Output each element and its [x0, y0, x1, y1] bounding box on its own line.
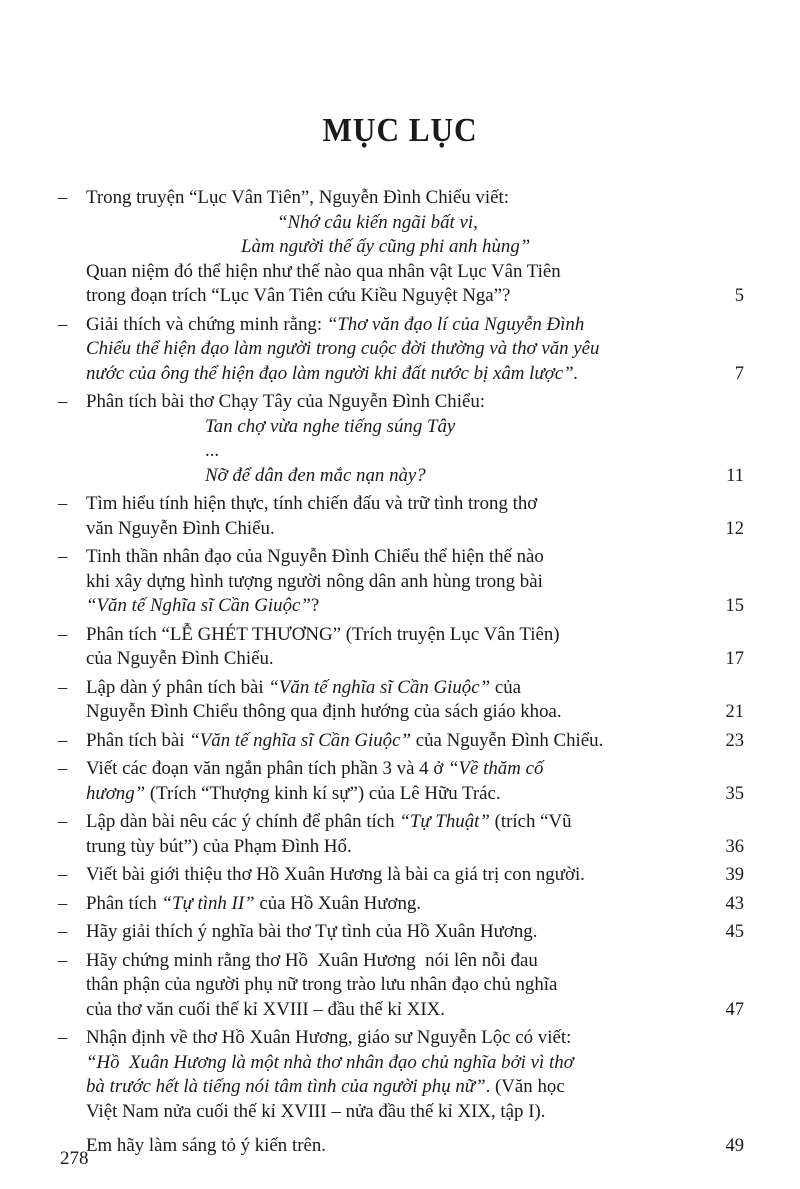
entry-quote: “Thơ văn đạo lí của Nguyễn Đình [327, 315, 584, 335]
ellipsis: ... [205, 439, 219, 464]
quote-verse: “Nhớ câu kiến ngãi bất vi, [277, 211, 478, 236]
page-number[interactable]: 15 [726, 594, 745, 619]
entry-quote: “Văn tế Nghĩa sĩ Cần Giuộc” [86, 596, 311, 616]
entry-text: Em hãy làm sáng tỏ ý kiến trên. [86, 1134, 326, 1159]
entry-text: Nguyễn Đình Chiểu thông qua định hướng c… [86, 700, 562, 725]
page-number[interactable]: 39 [726, 863, 745, 888]
entry-text: Tìm hiểu tính hiện thực, tính chiến đấu … [86, 492, 537, 517]
toc-entry[interactable]: –Trong truyện “Lục Vân Tiên”, Nguyễn Đìn… [0, 186, 800, 309]
bullet-dash: – [58, 892, 67, 917]
toc-entry[interactable]: –Viết bài giới thiệu thơ Hồ Xuân Hương l… [0, 863, 800, 888]
entry-text: Viết bài giới thiệu thơ Hồ Xuân Hương là… [86, 863, 585, 888]
entry-text: Việt Nam nửa cuối thế kỉ XVIII – nửa đầu… [86, 1100, 545, 1125]
page-number[interactable]: 45 [726, 920, 745, 945]
page-number[interactable]: 43 [726, 892, 745, 917]
page-number[interactable]: 47 [726, 998, 745, 1023]
entry-text: Tinh thần nhân đạo của Nguyễn Đình Chiểu… [86, 545, 544, 570]
entry-text: (trích “Vũ [490, 812, 572, 832]
quote-verse: Tan chợ vừa nghe tiếng súng Tây [205, 415, 455, 440]
toc-entry[interactable]: –Phân tích bài thơ Chạy Tây của Nguyễn Đ… [0, 390, 800, 488]
bullet-dash: – [58, 545, 67, 570]
bullet-dash: – [58, 757, 67, 782]
entry-quote: “Văn tế nghĩa sĩ Cần Giuộc” [268, 678, 490, 698]
toc-entry[interactable]: –Giải thích và chứng minh rằng: “Thơ văn… [0, 313, 800, 387]
bullet-dash: – [58, 623, 67, 648]
toc-entry[interactable]: –Hãy chứng minh rằng thơ Hồ Xuân Hương n… [0, 949, 800, 1023]
entry-quote: “Tự tình II” [161, 894, 254, 914]
page-number[interactable]: 35 [726, 782, 745, 807]
entry-quote: nước của ông thể hiện đạo làm người khi … [86, 362, 578, 387]
entry-text: Giải thích và chứng minh rằng: [86, 315, 327, 335]
page-number[interactable]: 23 [726, 729, 745, 754]
bullet-dash: – [58, 492, 67, 517]
bullet-dash: – [58, 313, 67, 338]
toc-entry[interactable]: –Tinh thần nhân đạo của Nguyễn Đình Chiể… [0, 545, 800, 619]
bullet-dash: – [58, 949, 67, 974]
page-number[interactable]: 36 [726, 835, 745, 860]
toc-entry[interactable]: –Tìm hiểu tính hiện thực, tính chiến đấu… [0, 492, 800, 541]
bullet-dash: – [58, 186, 67, 211]
page-number[interactable]: 17 [726, 647, 745, 672]
page-number[interactable]: 11 [726, 464, 744, 489]
entry-text: của Nguyễn Đình Chiểu. [86, 647, 274, 672]
footer-page-number: 278 [60, 1148, 89, 1170]
entry-text: Lập dàn ý phân tích bài [86, 678, 268, 698]
entry-quote: hương” [86, 784, 145, 804]
bullet-dash: – [58, 810, 67, 835]
bullet-dash: – [58, 1026, 67, 1051]
entry-text: Phân tích [86, 894, 161, 914]
entry-text: . (Văn học [486, 1077, 565, 1097]
toc-entry[interactable]: –Phân tích bài “Văn tế nghĩa sĩ Cần Giuộ… [0, 729, 800, 754]
entry-text: Hãy chứng minh rằng thơ Hồ Xuân Hương nó… [86, 949, 538, 974]
entry-text: Viết các đoạn văn ngắn phân tích phần 3 … [86, 759, 448, 779]
entry-quote: Chiểu thể hiện đạo làm người trong cuộc … [86, 337, 599, 362]
entry-text: Quan niệm đó thể hiện như thế nào qua nh… [86, 260, 561, 285]
entry-text: của [490, 678, 521, 698]
bullet-dash: – [58, 676, 67, 701]
toc-entry[interactable]: –Hãy giải thích ý nghĩa bài thơ Tự tình … [0, 920, 800, 945]
bullet-dash: – [58, 729, 67, 754]
entry-text: ? [311, 596, 319, 616]
toc-entry[interactable]: –Lập dàn ý phân tích bài “Văn tế nghĩa s… [0, 676, 800, 725]
bullet-dash: – [58, 863, 67, 888]
page-number[interactable]: 21 [726, 700, 745, 725]
entry-text: thân phận của người phụ nữ trong trào lư… [86, 973, 557, 998]
entry-text: của thơ văn cuối thế kỉ XVIII – đầu thế … [86, 998, 445, 1023]
entry-text: Hãy giải thích ý nghĩa bài thơ Tự tình c… [86, 920, 537, 945]
page-number[interactable]: 7 [735, 362, 744, 387]
entry-text: Phân tích bài [86, 731, 189, 751]
entry-quote: bà trước hết là tiếng nói tâm tình của n… [86, 1077, 486, 1097]
entry-text: trong đoạn trích “Lục Vân Tiên cứu Kiều … [86, 284, 510, 309]
quote-verse: Nỡ để dân đen mắc nạn này? [205, 464, 426, 489]
entry-quote: “Tự Thuật” [399, 812, 490, 832]
entry-text: văn Nguyễn Đình Chiểu. [86, 517, 275, 542]
toc-entry[interactable]: –Viết các đoạn văn ngắn phân tích phần 3… [0, 757, 800, 806]
entry-quote: “Hồ Xuân Hương là một nhà thơ nhân đạo c… [86, 1051, 574, 1076]
entry-text: của Hồ Xuân Hương. [255, 894, 421, 914]
page-number[interactable]: 12 [726, 517, 745, 542]
bullet-dash: – [58, 920, 67, 945]
entry-text: Phân tích “LỄ GHÉT THƯƠNG” (Trích truyện… [86, 623, 560, 648]
page-number[interactable]: 49 [726, 1134, 745, 1159]
quote-verse: Làm người thế ấy cũng phi anh hùng” [241, 235, 530, 260]
page-number[interactable]: 5 [735, 284, 744, 309]
page-title: MỤC LỤC [32, 112, 768, 150]
entry-text: Phân tích bài thơ Chạy Tây của Nguyễn Đì… [86, 390, 485, 415]
entry-text: của Nguyễn Đình Chiểu. [411, 731, 603, 751]
toc-entry[interactable]: –Lập dàn bài nêu các ý chính để phân tíc… [0, 810, 800, 859]
entry-text: (Trích “Thượng kinh kí sự”) của Lê Hữu T… [145, 784, 500, 804]
toc-entry[interactable]: –Nhận định về thơ Hồ Xuân Hương, giáo sư… [0, 1026, 800, 1159]
entry-text: trung tùy bút”) của Phạm Đình Hổ. [86, 835, 352, 860]
entry-text: khi xây dựng hình tượng người nông dân a… [86, 570, 543, 595]
toc-entry[interactable]: –Phân tích “LỄ GHÉT THƯƠNG” (Trích truyệ… [0, 623, 800, 672]
table-of-contents: –Trong truyện “Lục Vân Tiên”, Nguyễn Đìn… [0, 186, 800, 1163]
entry-quote: “Về thăm cố [448, 759, 543, 779]
entry-quote: “Văn tế nghĩa sĩ Cần Giuộc” [189, 731, 411, 751]
entry-text: Trong truyện “Lục Vân Tiên”, Nguyễn Đình… [86, 186, 509, 211]
bullet-dash: – [58, 390, 67, 415]
entry-text: Lập dàn bài nêu các ý chính để phân tích [86, 812, 399, 832]
entry-text: Nhận định về thơ Hồ Xuân Hương, giáo sư … [86, 1026, 571, 1051]
toc-entry[interactable]: –Phân tích “Tự tình II” của Hồ Xuân Hươn… [0, 892, 800, 917]
